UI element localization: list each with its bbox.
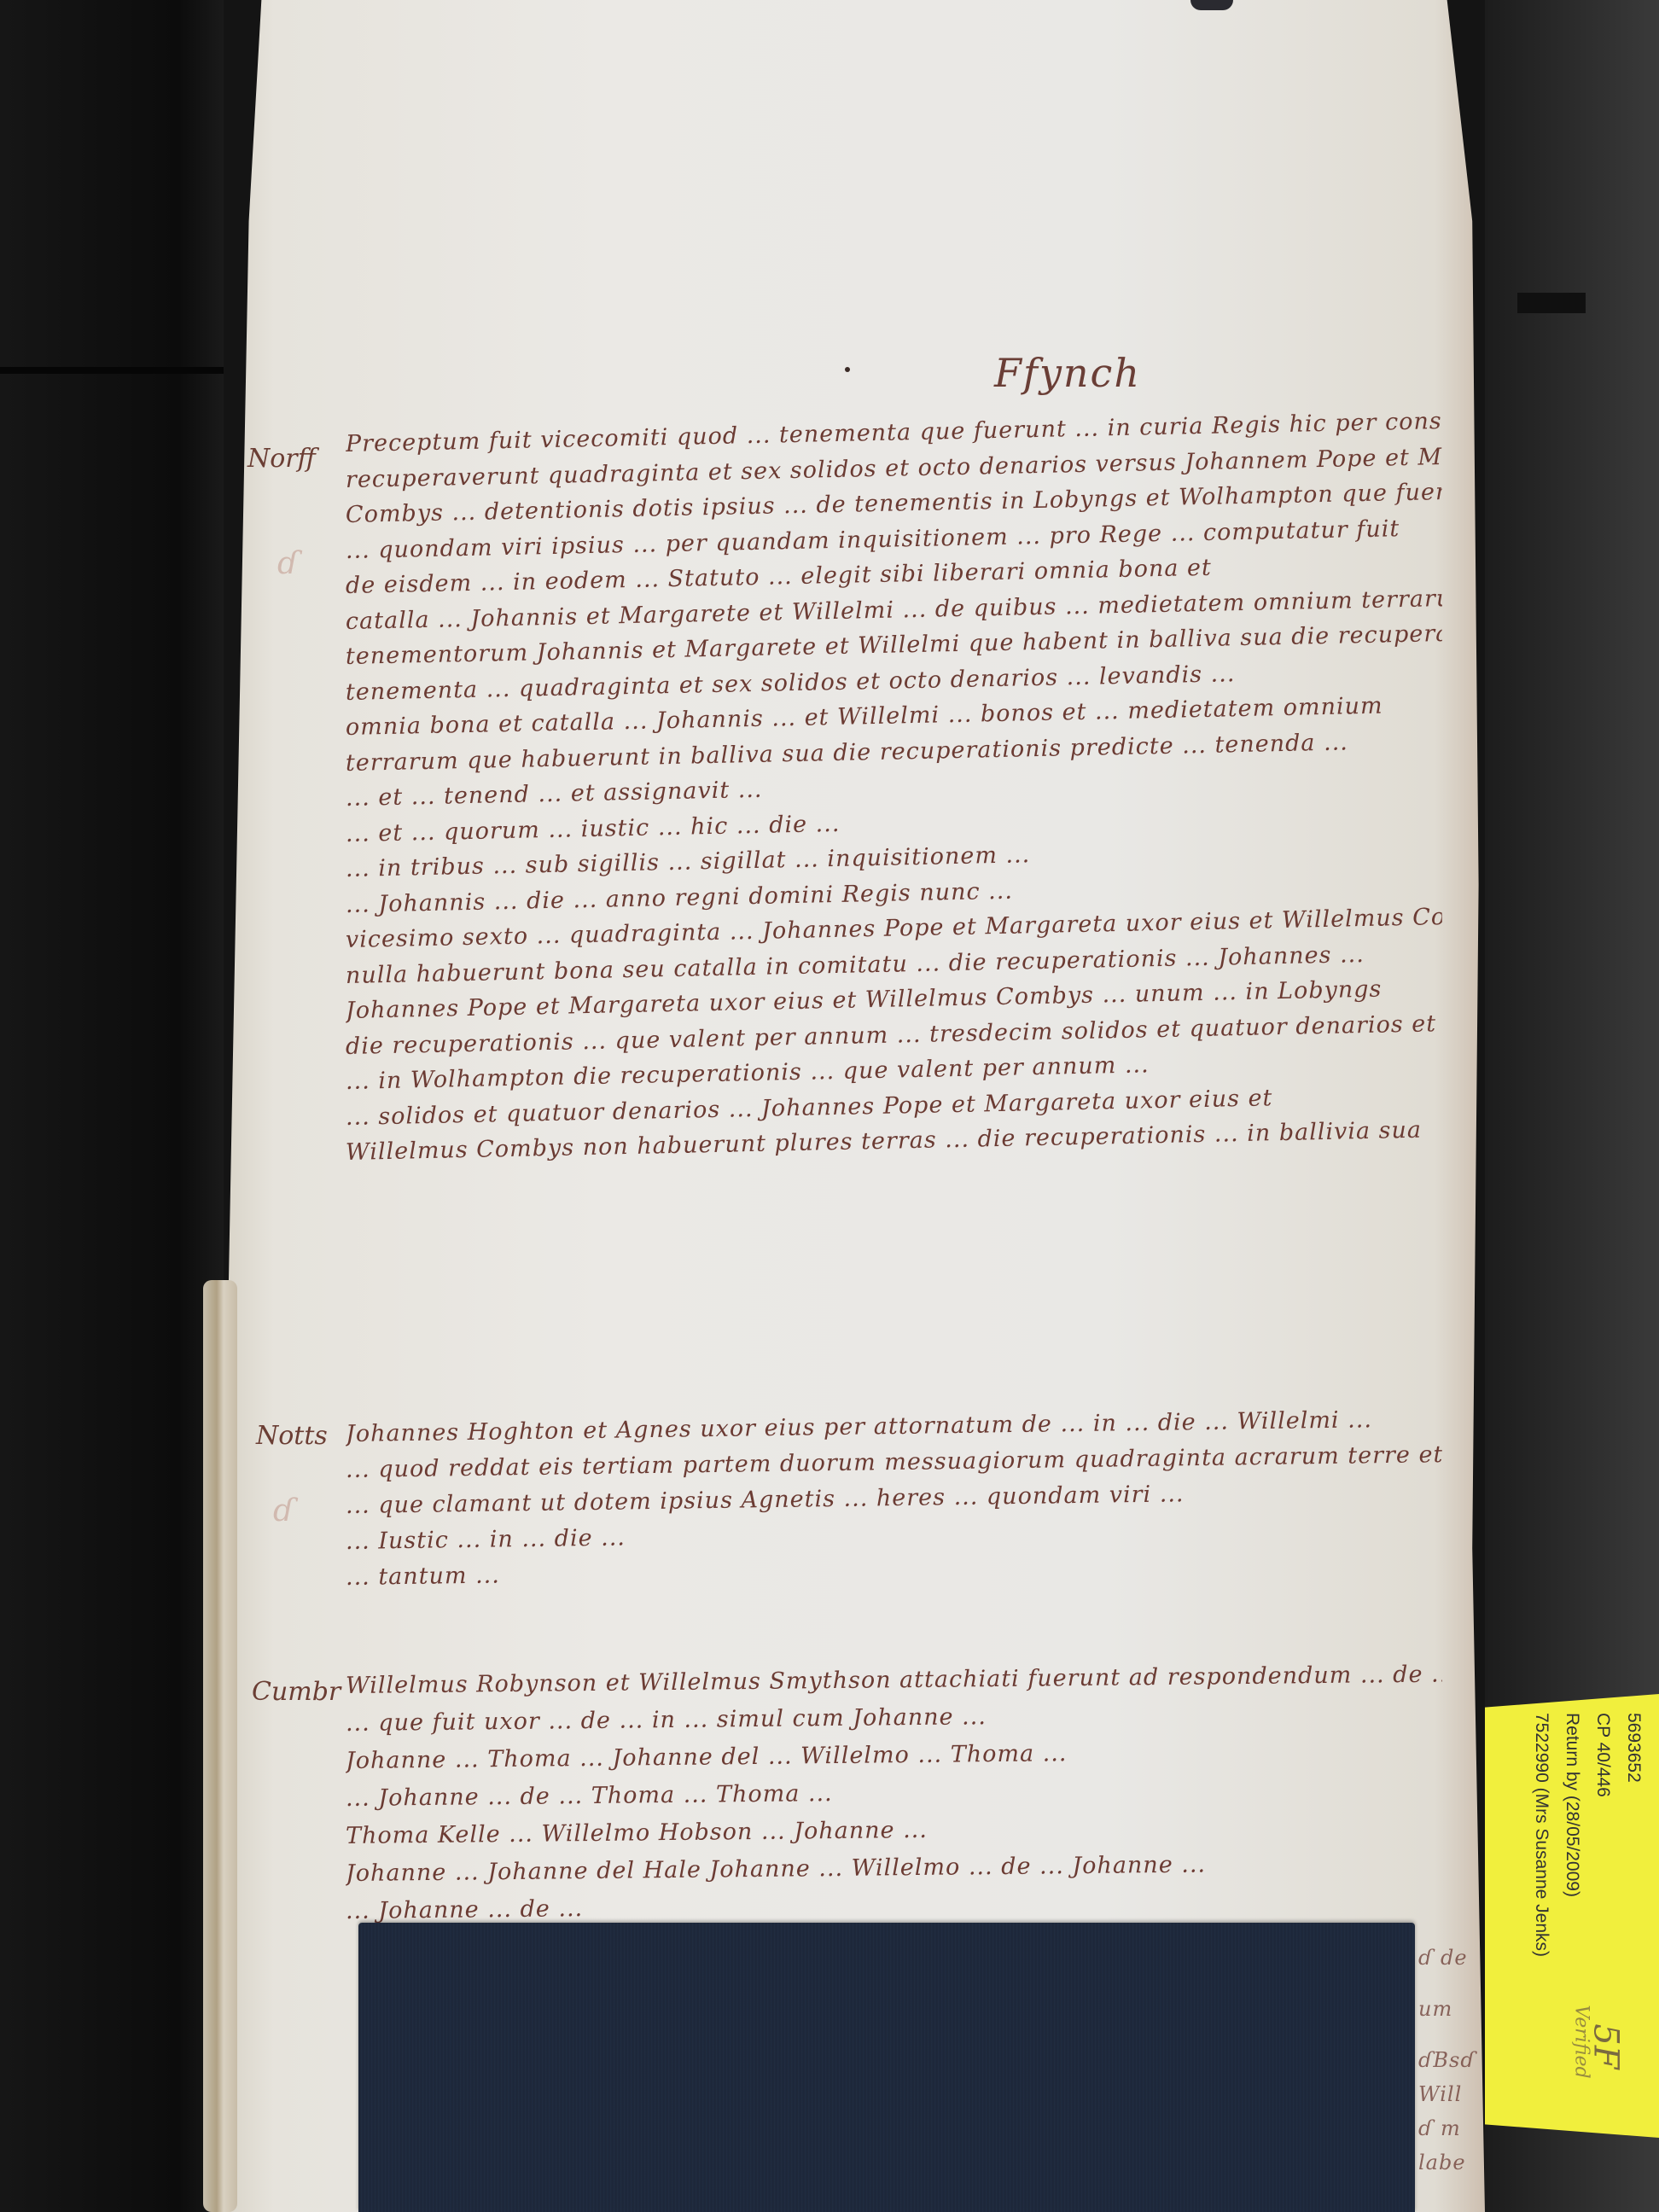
script-fragment: labe [1418, 2151, 1478, 2174]
membrane-heading: Ffynch [994, 350, 1141, 396]
parchment-fold-edge [203, 1280, 237, 2212]
label-reference: CP 40/446 [1587, 1713, 1618, 2150]
script-fragment: ɗ de [1418, 1946, 1478, 1970]
binding-hole [1190, 0, 1233, 10]
script-fragment: Will [1418, 2082, 1478, 2106]
margin-note-county: Notts [256, 1421, 328, 1451]
label-return-date: Return by (28/05/2009) [1557, 1713, 1587, 2150]
label-item-id: 5693652 [1618, 1713, 1649, 2150]
manuscript-line: ... tantum ... [346, 1561, 602, 1591]
margin-note-county: Norff [247, 444, 316, 474]
blue-cover-board [358, 1923, 1415, 2212]
label-text-block: 5693652 CP 40/446 Return by (28/05/2009)… [1470, 1696, 1657, 2167]
tray-notch [1517, 293, 1586, 313]
margin-mark: ɗ [273, 1493, 294, 1528]
archive-label: 5693652 CP 40/446 Return by (28/05/2009)… [1485, 1694, 1659, 2138]
margin-note-county: Cumbr [252, 1677, 341, 1707]
script-fragment: ɗ m [1418, 2116, 1478, 2140]
label-reader: 7522990 (Mrs Susanne Jenks) [1526, 1713, 1557, 2150]
label-handwritten-note: Verified [1571, 2005, 1592, 2078]
margin-mark: ɗ [277, 546, 299, 581]
background-tray-left [0, 0, 224, 2212]
tray-seam [0, 367, 224, 374]
script-fragment: um [1418, 1997, 1478, 2021]
script-fragment: ɗBsɗ [1418, 2048, 1478, 2072]
ink-dot [845, 367, 850, 372]
